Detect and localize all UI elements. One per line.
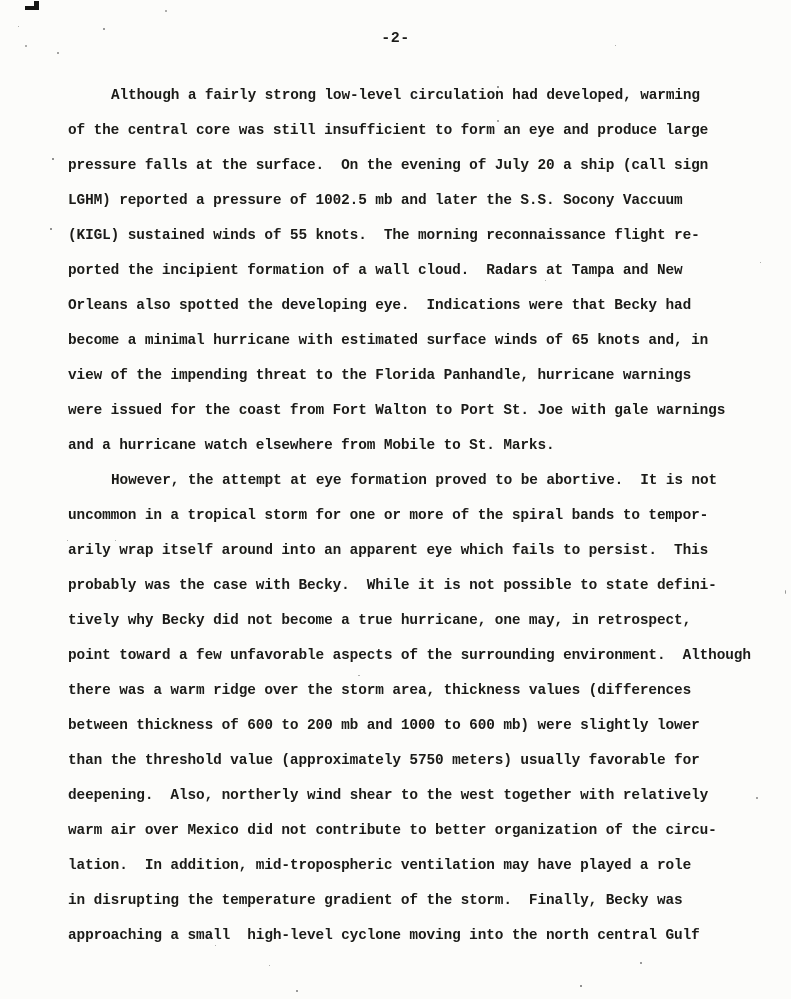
text-line: Orleans also spotted the developing eye.… — [68, 289, 773, 324]
text-line: deepening. Also, northerly wind shear to… — [68, 779, 773, 814]
scan-speck — [615, 45, 616, 46]
text-line: become a minimal hurricane with estimate… — [68, 324, 773, 359]
text-line: between thickness of 600 to 200 mb and 1… — [68, 709, 773, 744]
scan-speck — [497, 120, 499, 122]
scan-speck — [785, 590, 786, 594]
text-line: approaching a small high-level cyclone m… — [68, 919, 773, 954]
page-number: -2- — [0, 21, 791, 56]
text-line: (KIGL) sustained winds of 55 knots. The … — [68, 219, 773, 254]
scan-speck — [165, 10, 167, 12]
scan-speck — [25, 45, 27, 47]
text-line: warm air over Mexico did not contribute … — [68, 814, 773, 849]
document-page: -2- Although a fairly strong low-level c… — [0, 0, 791, 999]
text-line: tively why Becky did not become a true h… — [68, 604, 773, 639]
text-line: and a hurricane watch elsewhere from Mob… — [68, 429, 773, 464]
scan-speck — [640, 962, 642, 964]
scan-speck — [215, 945, 216, 946]
scan-speck — [50, 228, 52, 230]
text-line: of the central core was still insufficie… — [68, 114, 773, 149]
text-line: ported the incipient formation of a wall… — [68, 254, 773, 289]
text-line: point toward a few unfavorable aspects o… — [68, 639, 773, 674]
text-line: arily wrap itself around into an apparen… — [68, 534, 773, 569]
text-line: uncommon in a tropical storm for one or … — [68, 499, 773, 534]
scan-speck — [760, 262, 761, 263]
text-line: However, the attempt at eye formation pr… — [68, 464, 773, 499]
scan-speck — [358, 675, 360, 676]
scan-speck — [269, 965, 270, 966]
scan-speck — [52, 158, 54, 160]
text-line: than the threshold value (approximately … — [68, 744, 773, 779]
document-body: Although a fairly strong low-level circu… — [68, 79, 773, 954]
text-line: there was a warm ridge over the storm ar… — [68, 674, 773, 709]
text-line: Although a fairly strong low-level circu… — [68, 79, 773, 114]
scan-speck — [756, 797, 758, 799]
scan-speck — [115, 540, 116, 541]
text-line: in disrupting the temperature gradient o… — [68, 884, 773, 919]
scan-speck — [18, 26, 19, 27]
scan-speck — [67, 540, 68, 541]
text-line: view of the impending threat to the Flor… — [68, 359, 773, 394]
text-line: LGHM) reported a pressure of 1002.5 mb a… — [68, 184, 773, 219]
scan-speck — [103, 28, 105, 30]
text-line: probably was the case with Becky. While … — [68, 569, 773, 604]
text-line: were issued for the coast from Fort Walt… — [68, 394, 773, 429]
text-line: pressure falls at the surface. On the ev… — [68, 149, 773, 184]
paragraph-1: Although a fairly strong low-level circu… — [68, 79, 773, 464]
paragraph-2: However, the attempt at eye formation pr… — [68, 464, 773, 954]
text-line: lation. In addition, mid-tropospheric ve… — [68, 849, 773, 884]
scan-speck — [296, 990, 298, 992]
scan-speck — [57, 52, 59, 54]
pen-mark — [25, 1, 41, 14]
scan-speck — [580, 985, 582, 987]
scan-speck — [545, 280, 546, 281]
scan-speck — [497, 86, 499, 88]
